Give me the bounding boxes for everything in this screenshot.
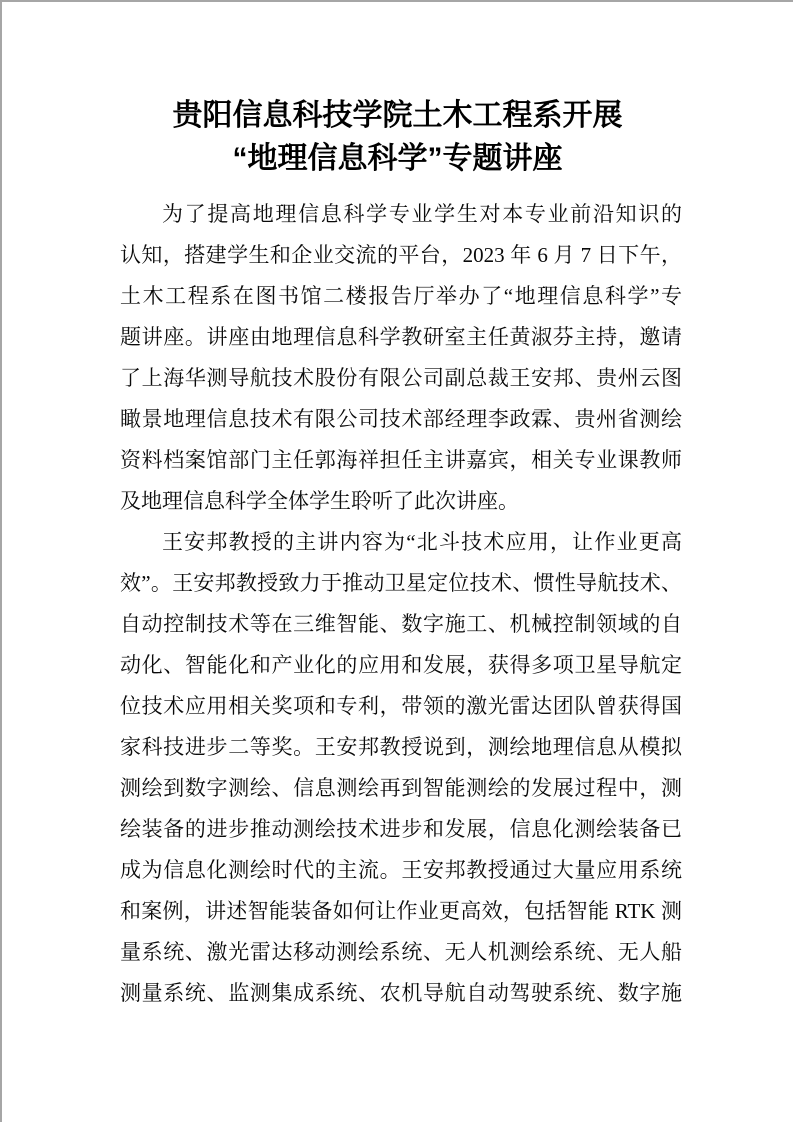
title-line-2: “地理信息科学”专题讲座 — [2, 137, 793, 180]
text-line: 为了提高地理信息科学专业学生对本专业前沿知识的 — [120, 194, 682, 235]
text-line: 瞰景地理信息技术有限公司技术部经理李政霖、贵州省测绘 — [120, 399, 682, 440]
text-line: 自动控制技术等在三维智能、数字施工、机械控制领域的自 — [120, 604, 682, 645]
text-line: 资料档案馆部门主任郭海祥担任主讲嘉宾，相关专业课教师 — [120, 440, 682, 481]
title-line-1: 贵阳信息科技学院土木工程系开展 — [2, 94, 793, 137]
text-line: 动化、智能化和产业化的应用和发展，获得多项卫星导航定 — [120, 645, 682, 686]
text-line: 测绘到数字测绘、信息测绘再到智能测绘的发展过程中，测 — [120, 768, 682, 809]
text-line: 位技术应用相关奖项和专利，带领的激光雷达团队曾获得国 — [120, 686, 682, 727]
text-line: 家科技进步二等奖。王安邦教授说到，测绘地理信息从模拟 — [120, 727, 682, 768]
text-line: 绘装备的进步推动测绘技术进步和发展，信息化测绘装备已 — [120, 809, 682, 850]
text-line: 题讲座。讲座由地理信息科学教研室主任黄淑芬主持，邀请 — [120, 317, 682, 358]
text-line: 土木工程系在图书馆二楼报告厅举办了“地理信息科学”专 — [120, 276, 682, 317]
text-line: 效”。王安邦教授致力于推动卫星定位技术、惯性导航技术、 — [120, 563, 682, 604]
document-page: 贵阳信息科技学院土木工程系开展 “地理信息科学”专题讲座 为了提高地理信息科学专… — [0, 0, 793, 1122]
text-line: 了上海华测导航技术股份有限公司副总裁王安邦、贵州云图 — [120, 358, 682, 399]
text-line: 成为信息化测绘时代的主流。王安邦教授通过大量应用系统 — [120, 850, 682, 891]
document-title: 贵阳信息科技学院土木工程系开展 “地理信息科学”专题讲座 — [2, 94, 793, 180]
text-line: 王安邦教授的主讲内容为“北斗技术应用，让作业更高 — [120, 522, 682, 563]
text-line: 测量系统、监测集成系统、农机导航自动驾驶系统、数字施 — [120, 973, 682, 1014]
text-line: 和案例，讲述智能装备如何让作业更高效，包括智能 RTK 测 — [120, 891, 682, 932]
text-line: 及地理信息科学全体学生聆听了此次讲座。 — [120, 481, 682, 522]
text-line: 量系统、激光雷达移动测绘系统、无人机测绘系统、无人船 — [120, 932, 682, 973]
document-body: 为了提高地理信息科学专业学生对本专业前沿知识的认知，搭建学生和企业交流的平台，2… — [120, 194, 682, 1014]
text-line: 认知，搭建学生和企业交流的平台，2023 年 6 月 7 日下午， — [120, 235, 682, 276]
